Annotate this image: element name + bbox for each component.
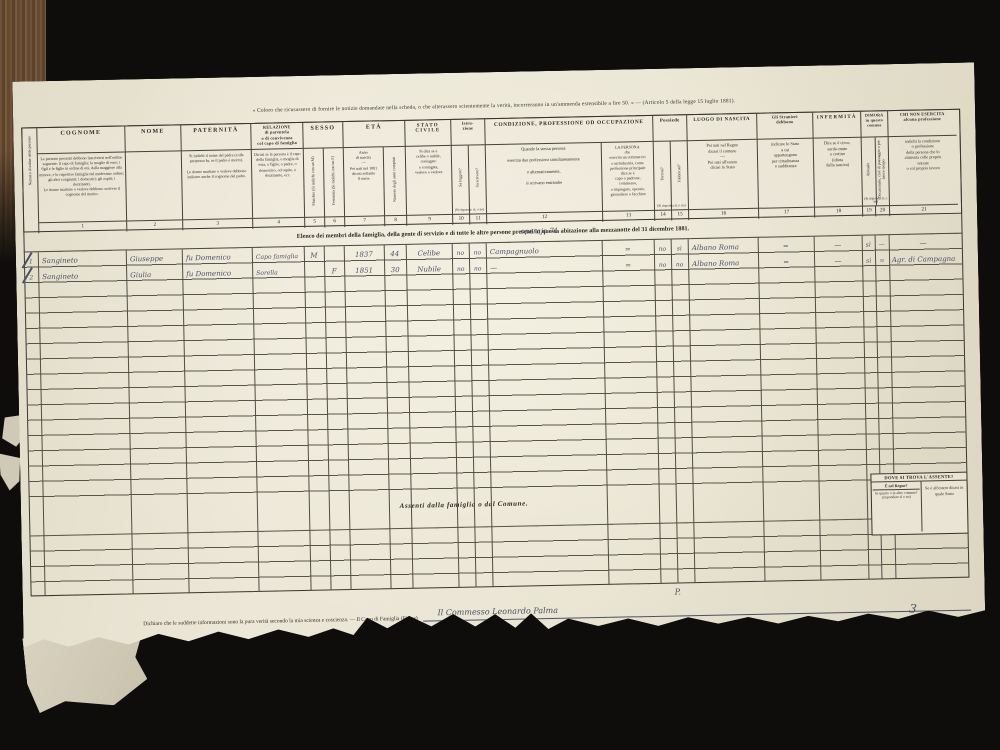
column-divider <box>814 236 869 581</box>
column-divider <box>252 247 311 592</box>
declaration-row: Dichiaro che le suddette informazioni so… <box>143 592 971 628</box>
cell-terreni: no <box>654 262 671 270</box>
column-divider <box>602 240 661 585</box>
column-divider <box>182 248 259 593</box>
column-divider <box>38 250 133 596</box>
col-condizione-label: CONDIZIONE, PROFESSIONE OD OCCUPAZIONE <box>484 116 652 145</box>
cell-sa-scrivere: no <box>469 266 486 274</box>
cell-dimora-abituale: sì <box>862 243 875 251</box>
col-chinon-label: CHI NON ESERCITA alcuna professione <box>887 110 957 137</box>
dove-box-comune-text: In questo o in altro comune? (rispondere… <box>873 491 920 500</box>
cell-anno-nascita: 1851 <box>344 267 384 277</box>
col-persona-desc: LA PERSONA che esercita un commercio o u… <box>601 142 654 211</box>
possiede-note: (Si risponda sì, o no) <box>655 204 688 208</box>
signature-line: Il Commesso Leonardo Palma <box>423 592 971 622</box>
sa-scrivere-label: Sa scrivere? <box>475 147 481 207</box>
column-divider <box>758 237 821 582</box>
col-stranieri-label: Gli Stranieri debbono <box>756 113 813 140</box>
cell-persona: = <box>602 261 654 271</box>
fabbricati-label: Fabbricati? <box>676 143 682 203</box>
col-eta-label: ETÀ <box>342 121 405 148</box>
cell-fabbricati: no <box>671 262 688 270</box>
census-form-1881: « Coloro che ricusassero di fornire le n… <box>12 62 985 656</box>
table-header: Numero d'ordine delle persone COGNOME Le… <box>21 109 962 233</box>
abituale-label: Abituale <box>866 140 872 200</box>
col-luogo-desc: Pei nati nel Regno dicasi il comune — Pe… <box>687 140 758 209</box>
col-stato-label: STATO CIVILE <box>404 120 451 147</box>
col-dimora-subcolumns: Abituale Occasionale, cioè di passaggio … <box>861 137 889 206</box>
col-chinon-desc: indichi la condizione o professione dell… <box>888 136 958 205</box>
col-sesso-maschio: Maschio (Si indichi con un M) <box>303 148 324 216</box>
cell-paternita: fu Domenico <box>182 270 252 280</box>
dove-box-regno-label: È nel Regno? <box>873 483 920 491</box>
declaration-text: Dichiaro che le suddette informazioni so… <box>143 616 418 628</box>
cell-sesso-f: F <box>324 268 344 277</box>
col-relazione-label: RELAZIONE di parentela o di convivenza c… <box>250 123 303 150</box>
cell-stato-civile: Nubile <box>406 266 452 276</box>
cell-chi-non-esercita: Agr. di Campagna <box>889 255 958 265</box>
column-rules <box>24 234 970 597</box>
eta-anni-label: Numero degli anni compiuti <box>392 149 398 209</box>
col-istruzione-subcolumns: Sa leggere? Sa scrivere? (Si risponda: s… <box>451 145 486 214</box>
col-luogo-label: LUOGO DI NASCITA <box>686 114 757 141</box>
dimora-note: (Si risponda sì, o no) <box>863 197 889 205</box>
col-relazione-desc: Dicasi se la persona è il capo della fam… <box>251 149 304 218</box>
page-number-mark: 3 <box>908 601 917 616</box>
cell-sa-leggere: no <box>452 266 469 274</box>
cell-dimora-occasionale: = <box>875 258 889 266</box>
istruzione-note: (Si risponda: sì, o no) <box>453 208 486 212</box>
cell-nome: Giulia <box>126 271 182 281</box>
terreni-label: Terreni? <box>659 144 665 204</box>
handwritten-mark: P. <box>675 587 681 596</box>
handwritten-operajo-note: operajo 71 <box>520 227 558 236</box>
occasionale-label: Occasionale, cioè di passaggio o per bre… <box>877 139 887 199</box>
col-dimora-label: DIMORA in questo comune <box>860 111 888 138</box>
sesso-maschio-label: Maschio (Si indichi con un M) <box>311 151 317 211</box>
col-istruzione-label: Istru- zione <box>450 119 485 146</box>
col-infermita-desc: Dire se è cieco, sordo-muto o cretino (i… <box>813 138 862 207</box>
dove-box-regno-cell: È nel Regno? In questo o in altro comune… <box>872 482 923 533</box>
cell-relazione: Sorella <box>252 269 304 278</box>
column-divider <box>344 245 391 590</box>
column-divider <box>406 244 459 589</box>
col-nome-label: NOME <box>124 125 181 152</box>
column-divider <box>486 241 609 587</box>
sesso-femmina-label: Femmina (Si indichi con un F) <box>331 150 337 210</box>
photo-of-census-sheet: « Coloro che ricusassero di fornire le n… <box>0 0 1000 750</box>
col-cognome-desc: Le persone presenti debbono inscriversi … <box>37 152 126 222</box>
col-stato-desc: Si dica se è celibe o nubile, coniugato … <box>405 146 452 215</box>
dove-box-estero-cell: Se è all'estero dicasi in quale Stato <box>922 481 968 532</box>
col-eta-anno-desc: Anno di nascita — Pei nati nel 1881 dica… <box>343 147 384 216</box>
col-condizione-desc: Quando la stessa persona esercita due pr… <box>485 143 602 213</box>
cell-infermita: — <box>814 257 862 267</box>
col-paternita-label: PATERNITÀ <box>180 124 251 151</box>
cell-anni-compiuti: 30 <box>384 266 406 275</box>
col-possiede-label: Possiede <box>652 115 687 142</box>
numero-vertical-label: Numero d'ordine delle persone <box>27 130 33 190</box>
col-possiede-subcolumns: Terreni? Fabbricati? (Si risponda sì, o … <box>653 141 688 210</box>
col-eta-anni: Numero degli anni compiuti <box>383 147 406 215</box>
cell-luogo-nascita: Albano Roma <box>688 259 758 269</box>
dove-si-trova-assente-box: DOVE SI TROVA L'ASSENTE? È nel Regno? In… <box>870 472 968 536</box>
cell-anni-compiuti: 44 <box>384 251 406 260</box>
cell-stranieri: = <box>758 258 814 268</box>
col-nome-blank <box>125 151 182 220</box>
cell-sesso-m: M <box>304 253 324 262</box>
column-divider <box>126 249 189 594</box>
col-stranieri-desc: indicare lo Stato a cui appartengono per… <box>757 139 814 208</box>
column-divider <box>688 238 765 583</box>
cell-dimora-abituale: sì <box>862 258 875 266</box>
col-sesso-label: SESSO <box>302 122 343 149</box>
head-of-family-signature: Il Commesso Leonardo Palma <box>437 606 558 617</box>
cell-sesso-m <box>304 275 324 277</box>
col-cognome-label: COGNOME <box>36 126 125 154</box>
cell-cognome: Sangineto <box>38 272 126 283</box>
col-paternita-desc: Si indichi il nome del padre (colla prem… <box>181 150 252 219</box>
col-sesso-femmina: Femmina (Si indichi con un F) <box>323 148 344 216</box>
col-infermita-label: INFERMITÀ <box>812 112 861 139</box>
sa-leggere-label: Sa leggere? <box>458 148 464 208</box>
